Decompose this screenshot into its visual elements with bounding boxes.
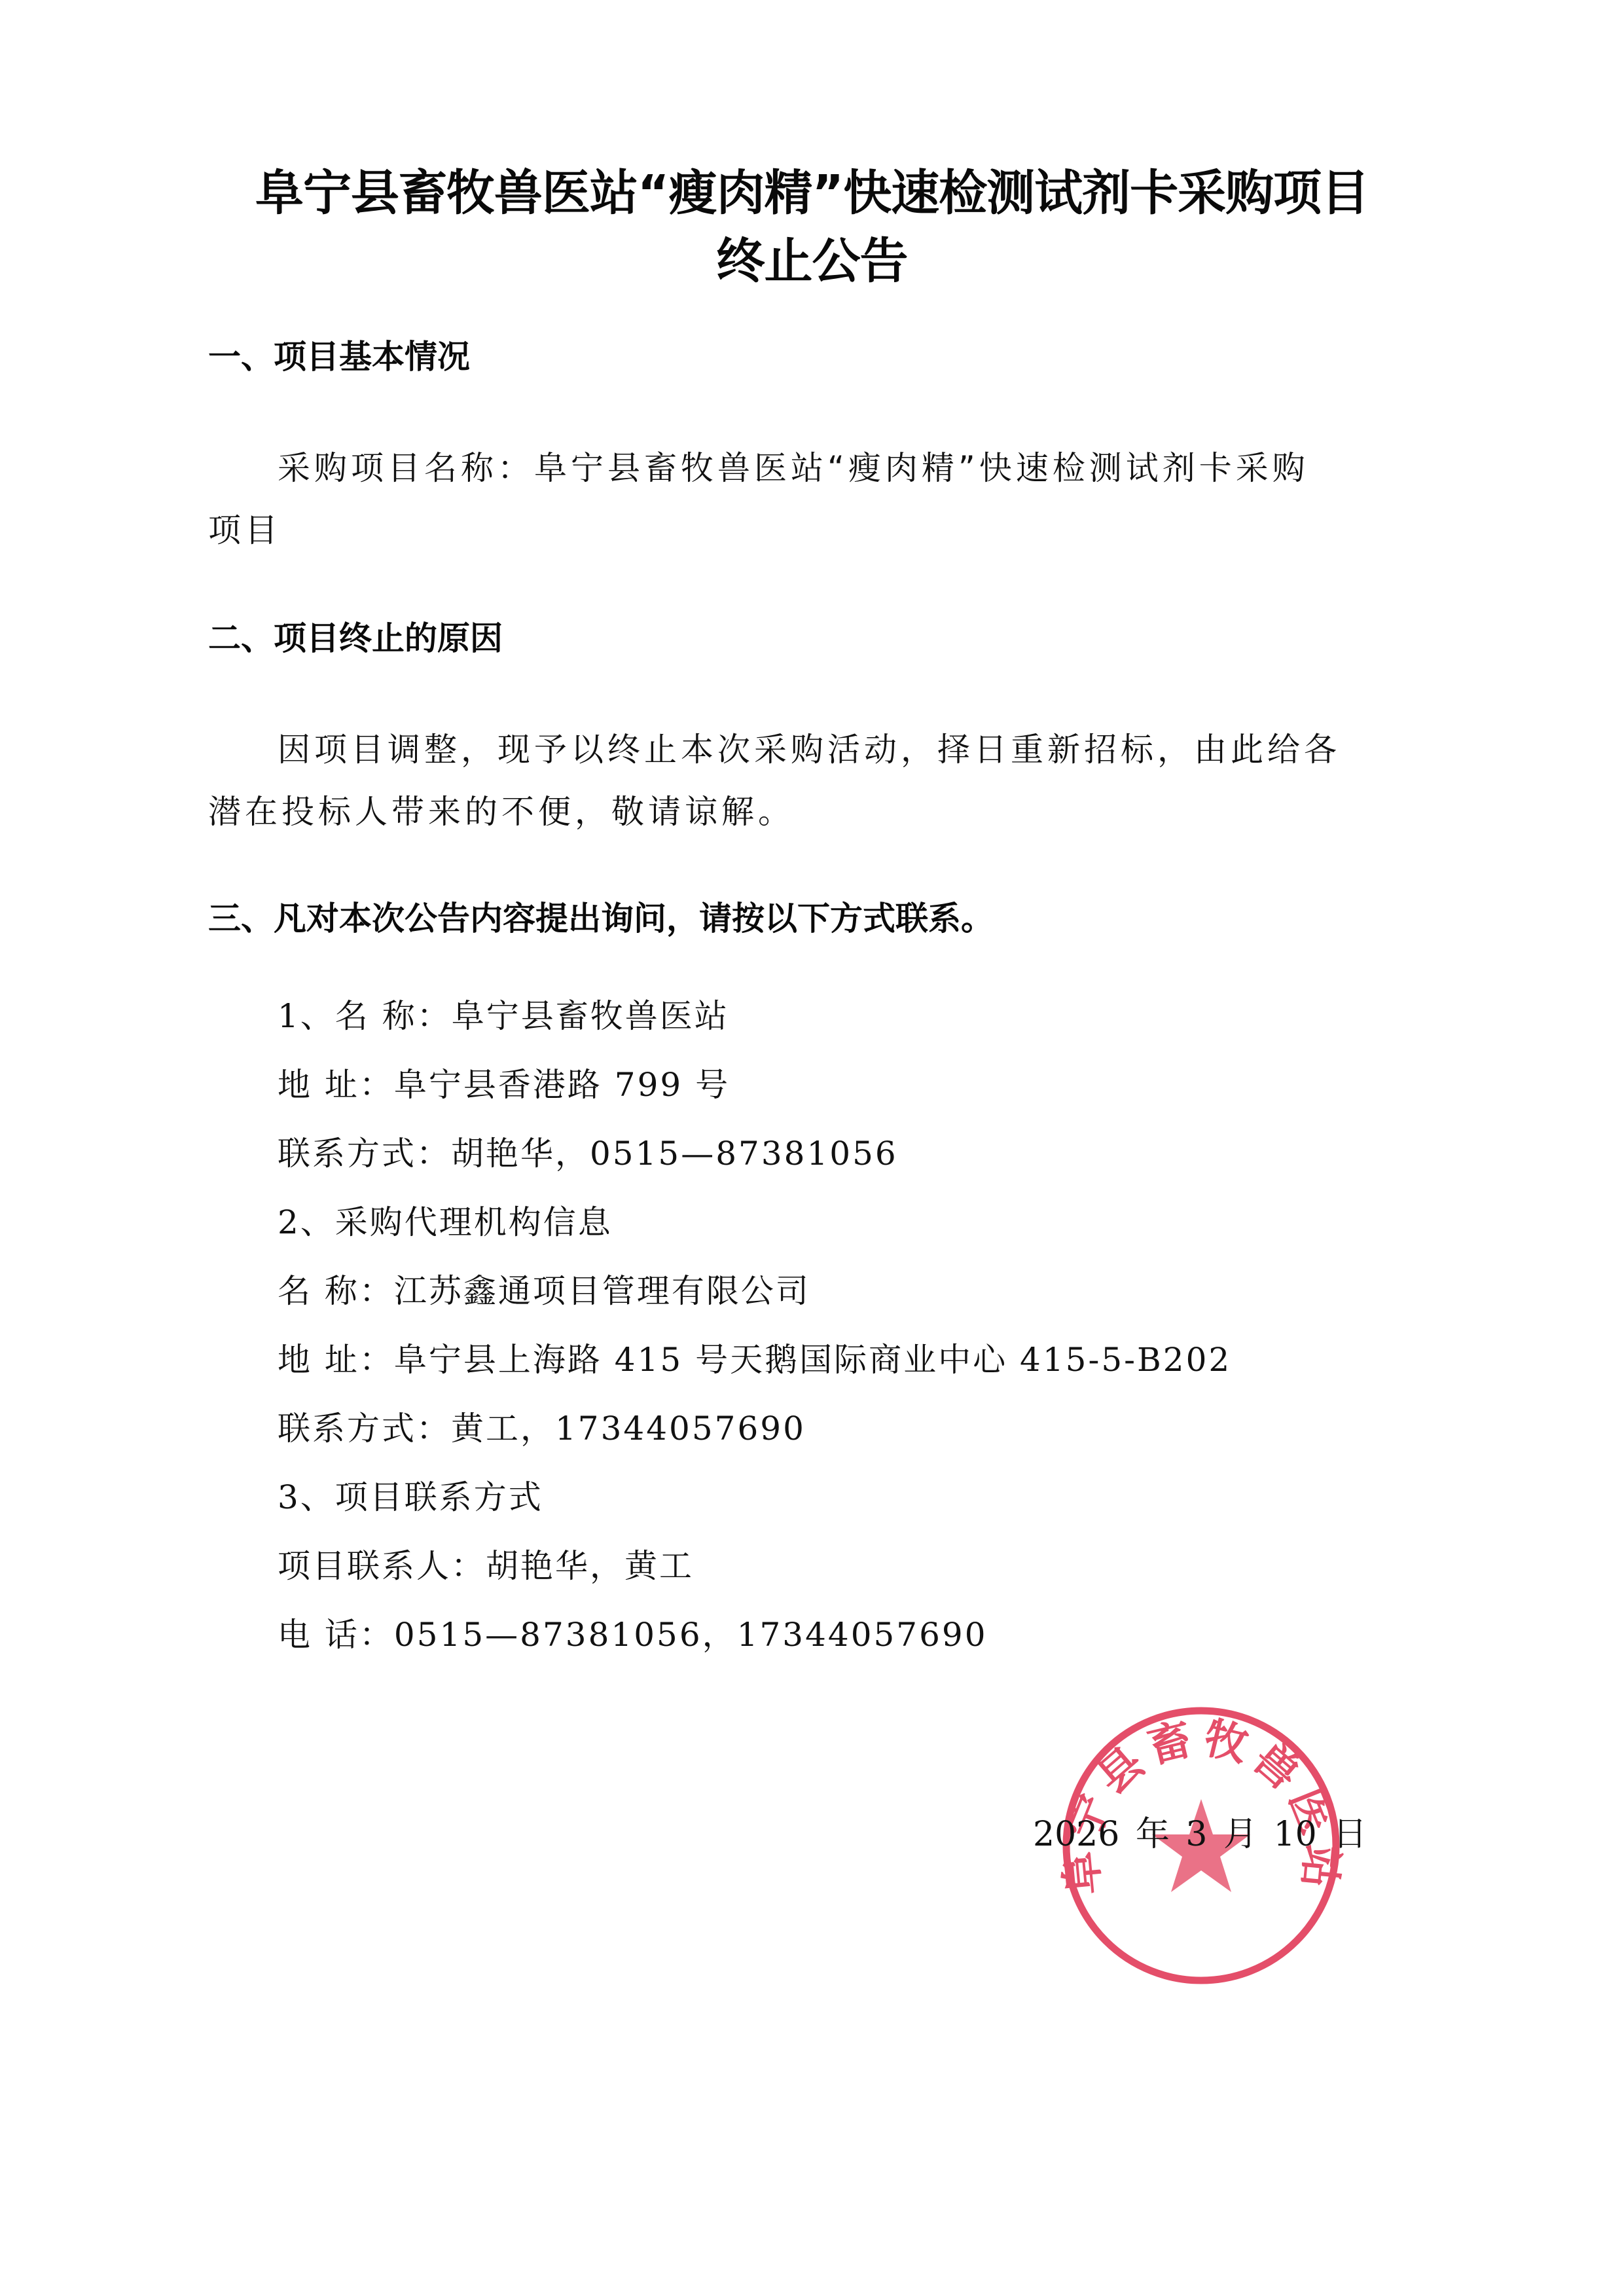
document-title-line-2: 终止公告 xyxy=(0,237,1624,285)
document-date: 2026 年 3 月 10 日 xyxy=(1033,1817,1367,1851)
contact-line-owner-address: 地 址：阜宁县香港路 799 号 xyxy=(278,1068,730,1101)
document-page: 阜宁县畜牧兽医站“瘦肉精”快速检测试剂卡采购项目 终止公告 一、项目基本情况 采… xyxy=(0,0,1624,2296)
section-2-text-line-1: 因项目调整，现予以终止本次采购活动，择日重新招标，由此给各 xyxy=(278,733,1341,766)
section-1-text-line-2: 项目 xyxy=(208,514,281,547)
section-3-heading: 三、凡对本次公告内容提出询问，请按以下方式联系。 xyxy=(208,902,994,935)
section-2-heading: 二、项目终止的原因 xyxy=(208,622,503,655)
contact-line-project-heading: 3、项目联系方式 xyxy=(278,1481,543,1514)
contact-line-project-phone: 电 话：0515—87381056，17344057690 xyxy=(278,1618,988,1651)
contact-line-owner-phone: 联系方式：胡艳华，0515—87381056 xyxy=(278,1137,898,1170)
section-1-text-line-1: 采购项目名称：阜宁县畜牧兽医站“瘦肉精”快速检测试剂卡采购 xyxy=(278,452,1309,484)
contact-line-project-persons: 项目联系人：胡艳华，黄工 xyxy=(278,1550,694,1582)
document-title-line-1: 阜宁县畜牧兽医站“瘦肉精”快速检测试剂卡采购项目 xyxy=(0,169,1624,217)
contact-line-agency-name: 名 称：江苏鑫通项目管理有限公司 xyxy=(278,1275,810,1307)
section-1-heading: 一、项目基本情况 xyxy=(208,340,470,373)
section-2-text-line-2: 潜在投标人带来的不便，敬请谅解。 xyxy=(208,795,795,828)
contact-line-agency-heading: 2、采购代理机构信息 xyxy=(278,1206,613,1239)
contact-line-agency-address: 地 址：阜宁县上海路 415 号天鹅国际商业中心 415-5-B202 xyxy=(278,1343,1231,1376)
contact-line-agency-phone: 联系方式：黄工，17344057690 xyxy=(278,1412,806,1445)
contact-line-owner-name: 1、名 称：阜宁县畜牧兽医站 xyxy=(278,1000,729,1032)
